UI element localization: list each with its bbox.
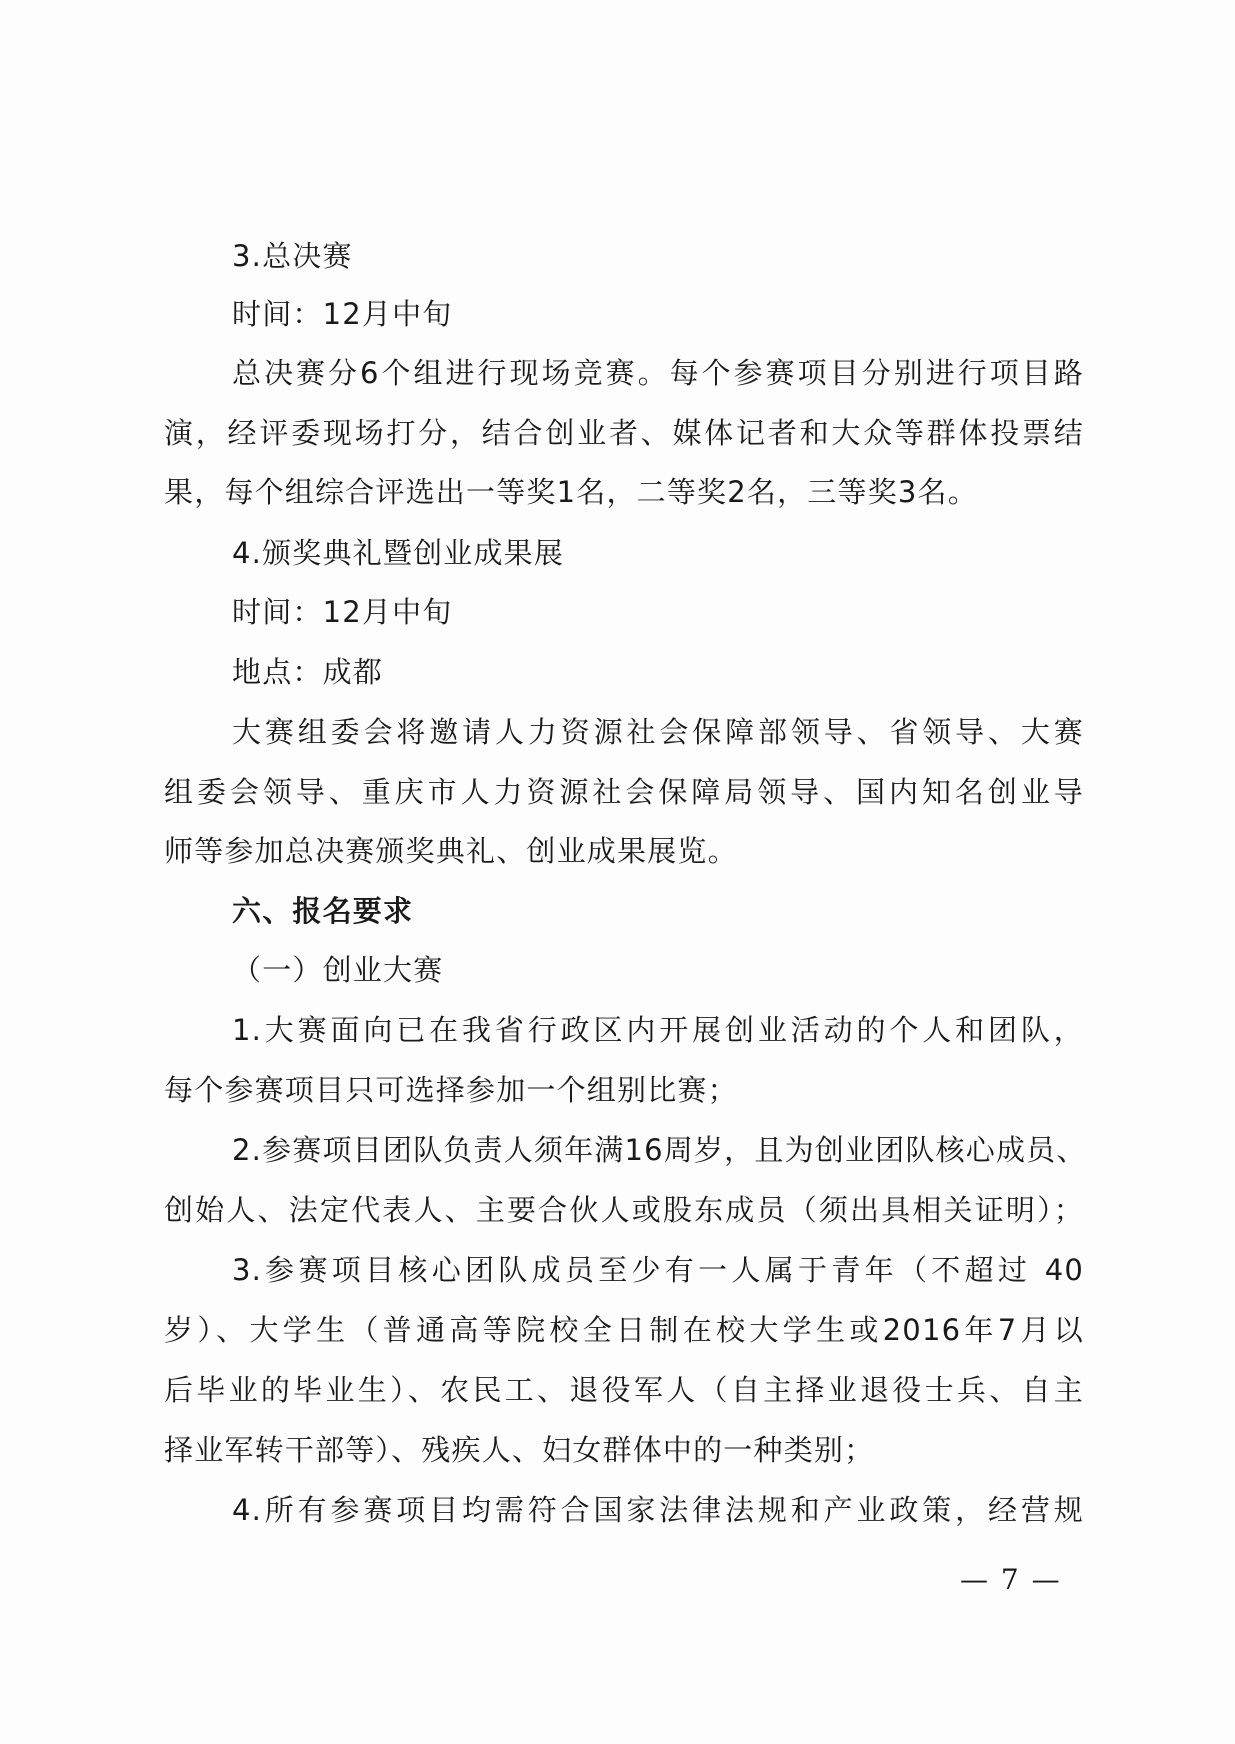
- text-line: 1.大赛面向已在我省行政区内开展创业活动的个人和团队，: [232, 1010, 1084, 1050]
- text-line: 择业军转干部等）、残疾人、妇女群体中的一种类别；: [164, 1430, 1084, 1470]
- text-line: 2.参赛项目团队负责人须年满16周岁，且为创业团队核心成员、: [232, 1130, 1084, 1170]
- text-line: 大赛组委会将邀请人力资源社会保障部领导、省领导、大赛: [232, 712, 1084, 752]
- text-line: 时间：12月中旬: [232, 294, 1084, 334]
- text-line: 4.颁奖典礼暨创业成果展: [232, 533, 1084, 573]
- text-line: （一）创业大赛: [232, 950, 1084, 990]
- section-heading: 六、报名要求: [232, 891, 1084, 931]
- text-line: 演，经评委现场打分，结合创业者、媒体记者和大众等群体投票结: [164, 413, 1084, 453]
- text-line: 后毕业的毕业生）、农民工、退役军人（自主择业退役士兵、自主: [164, 1370, 1084, 1410]
- document-page: 3.总决赛时间：12月中旬总决赛分6个组进行现场竞赛。每个参赛项目分别进行项目路…: [0, 0, 1235, 1744]
- text-line: 4.所有参赛项目均需符合国家法律法规和产业政策，经营规: [232, 1490, 1084, 1530]
- text-line: 3.参赛项目核心团队成员至少有一人属于青年（不超过 40: [232, 1250, 1084, 1290]
- text-line: 组委会领导、重庆市人力资源社会保障局领导、国内知名创业导: [164, 772, 1084, 812]
- text-line: 3.总决赛: [232, 236, 1084, 276]
- text-line: 地点：成都: [232, 652, 1084, 692]
- text-line: 每个参赛项目只可选择参加一个组别比赛；: [164, 1070, 1084, 1110]
- text-line: 时间：12月中旬: [232, 592, 1084, 632]
- text-line: 岁）、大学生（普通高等院校全日制在校大学生或2016年7月以: [164, 1310, 1084, 1350]
- text-line: 总决赛分6个组进行现场竞赛。每个参赛项目分别进行项目路: [232, 353, 1084, 393]
- text-line: 创始人、法定代表人、主要合伙人或股东成员（须出具相关证明）；: [164, 1190, 1084, 1230]
- text-line: 果，每个组综合评选出一等奖1名，二等奖2名，三等奖3名。: [164, 472, 1084, 512]
- page-number: — 7 —: [960, 1562, 1062, 1598]
- text-line: 师等参加总决赛颁奖典礼、创业成果展览。: [164, 831, 1084, 871]
